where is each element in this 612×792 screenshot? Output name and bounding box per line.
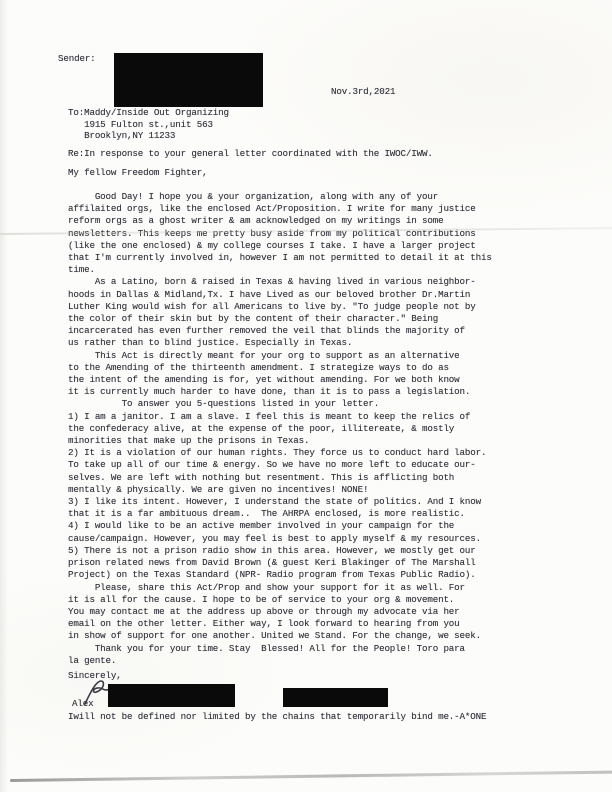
letter-line: This Act is directly meant for your org …: [68, 350, 492, 362]
letter-line: To answer you 5-questions listed in your…: [68, 398, 492, 410]
letter-page: Sender: Nov.3rd,2021 To:Maddy/Inside Out…: [0, 0, 612, 792]
letter-line: To:Maddy/Inside Out Organizing: [68, 107, 229, 119]
salutation: My fellow Freedom Fighter,: [68, 167, 207, 178]
letter-line: cause/campaign. However, you may feel is…: [68, 533, 492, 545]
letter-line: the color of their skin but by the conte…: [68, 313, 492, 325]
name-redaction-box: [283, 688, 388, 707]
letter-line: As a Latino, born & raised in Texas & ha…: [68, 276, 492, 288]
letter-line: to the Amending of the thirteenth amendm…: [68, 362, 492, 374]
letter-line: hoods in Dallas & Midland,Tx. I have Liv…: [68, 289, 492, 301]
letter-line: 1) I am a janitor. I am a slave. I feel …: [68, 411, 492, 423]
re-subject-line: Re:In response to your general letter co…: [68, 148, 433, 159]
letter-line: Luther King would wish for all Americans…: [68, 301, 492, 313]
letter-line: it is all for the cause. I hope to be of…: [68, 594, 492, 606]
letter-line: selves. We are left with nothing but res…: [68, 472, 492, 484]
letter-date: Nov.3rd,2021: [331, 86, 395, 97]
signature-name: Alex: [72, 698, 93, 709]
recipient-address: To:Maddy/Inside Out Organizing 1915 Fult…: [68, 107, 229, 142]
sender-label: Sender:: [58, 53, 96, 64]
paper-crease-bottom: [10, 771, 612, 782]
letter-line: the confederacy alive, at the expense of…: [68, 423, 492, 435]
letter-line: minorities that make up the prisons in T…: [68, 435, 492, 447]
letter-line: in show of support for one another. Unit…: [68, 630, 492, 642]
letter-line: prison related news from David Brown (& …: [68, 557, 492, 569]
letter-line: the intent of the amending is for, yet w…: [68, 374, 492, 386]
letter-body: Good Day! I hope you & your organization…: [68, 191, 492, 667]
letter-line: Good Day! I hope you & your organization…: [68, 191, 492, 203]
letter-line: Brooklyn,NY 11233: [68, 130, 229, 142]
letter-line: affilaited orgs, like the enclosed Act/P…: [68, 203, 492, 215]
signature-redaction-box: [108, 684, 235, 707]
letter-line: Please, share this Act/Prop and show you…: [68, 582, 492, 594]
footer-quote: Iwill not be defined nor limited by the …: [68, 711, 486, 722]
letter-line: (like the one enclosed) & my college cou…: [68, 240, 492, 252]
letter-line: time.: [68, 264, 492, 276]
letter-line: Thank you for your time. Stay Blessed! A…: [68, 643, 492, 655]
scan-edge-shadow: [0, 0, 8, 792]
letter-line: that I'm currently involved in, however …: [68, 252, 492, 264]
letter-line: us rather than to blind justice. Especia…: [68, 337, 492, 349]
letter-line: that it is a far ambituous dream.. The A…: [68, 508, 492, 520]
letter-line: it is currently much harder to have done…: [68, 386, 492, 398]
letter-line: To take up all of our time & energy. So …: [68, 459, 492, 471]
letter-line: Project) on the Texas Standard (NPR- Rad…: [68, 569, 492, 581]
letter-line: email on the other letter. Either way, I…: [68, 618, 492, 630]
letter-line: 1915 Fulton st.,unit 563: [68, 119, 229, 131]
letter-line: You may contact me at the address up abo…: [68, 606, 492, 618]
letter-line: 5) There is not a prison radio show in t…: [68, 545, 492, 557]
letter-line: 3) I like its intent. However, I underst…: [68, 496, 492, 508]
letter-line: reform orgs as a ghost writer & am ackno…: [68, 215, 492, 227]
letter-line: la gente.: [68, 655, 492, 667]
letter-line: newsletters. This keeps me pretty busy a…: [68, 228, 492, 240]
letter-line: incarcerated has even further removed th…: [68, 325, 492, 337]
letter-line: 2) It is a violation of our human rights…: [68, 447, 492, 459]
letter-line: mentally & physically. We are given no i…: [68, 484, 492, 496]
sender-redaction-box: [114, 53, 263, 107]
letter-line: 4) I would like to be an active member i…: [68, 520, 492, 532]
